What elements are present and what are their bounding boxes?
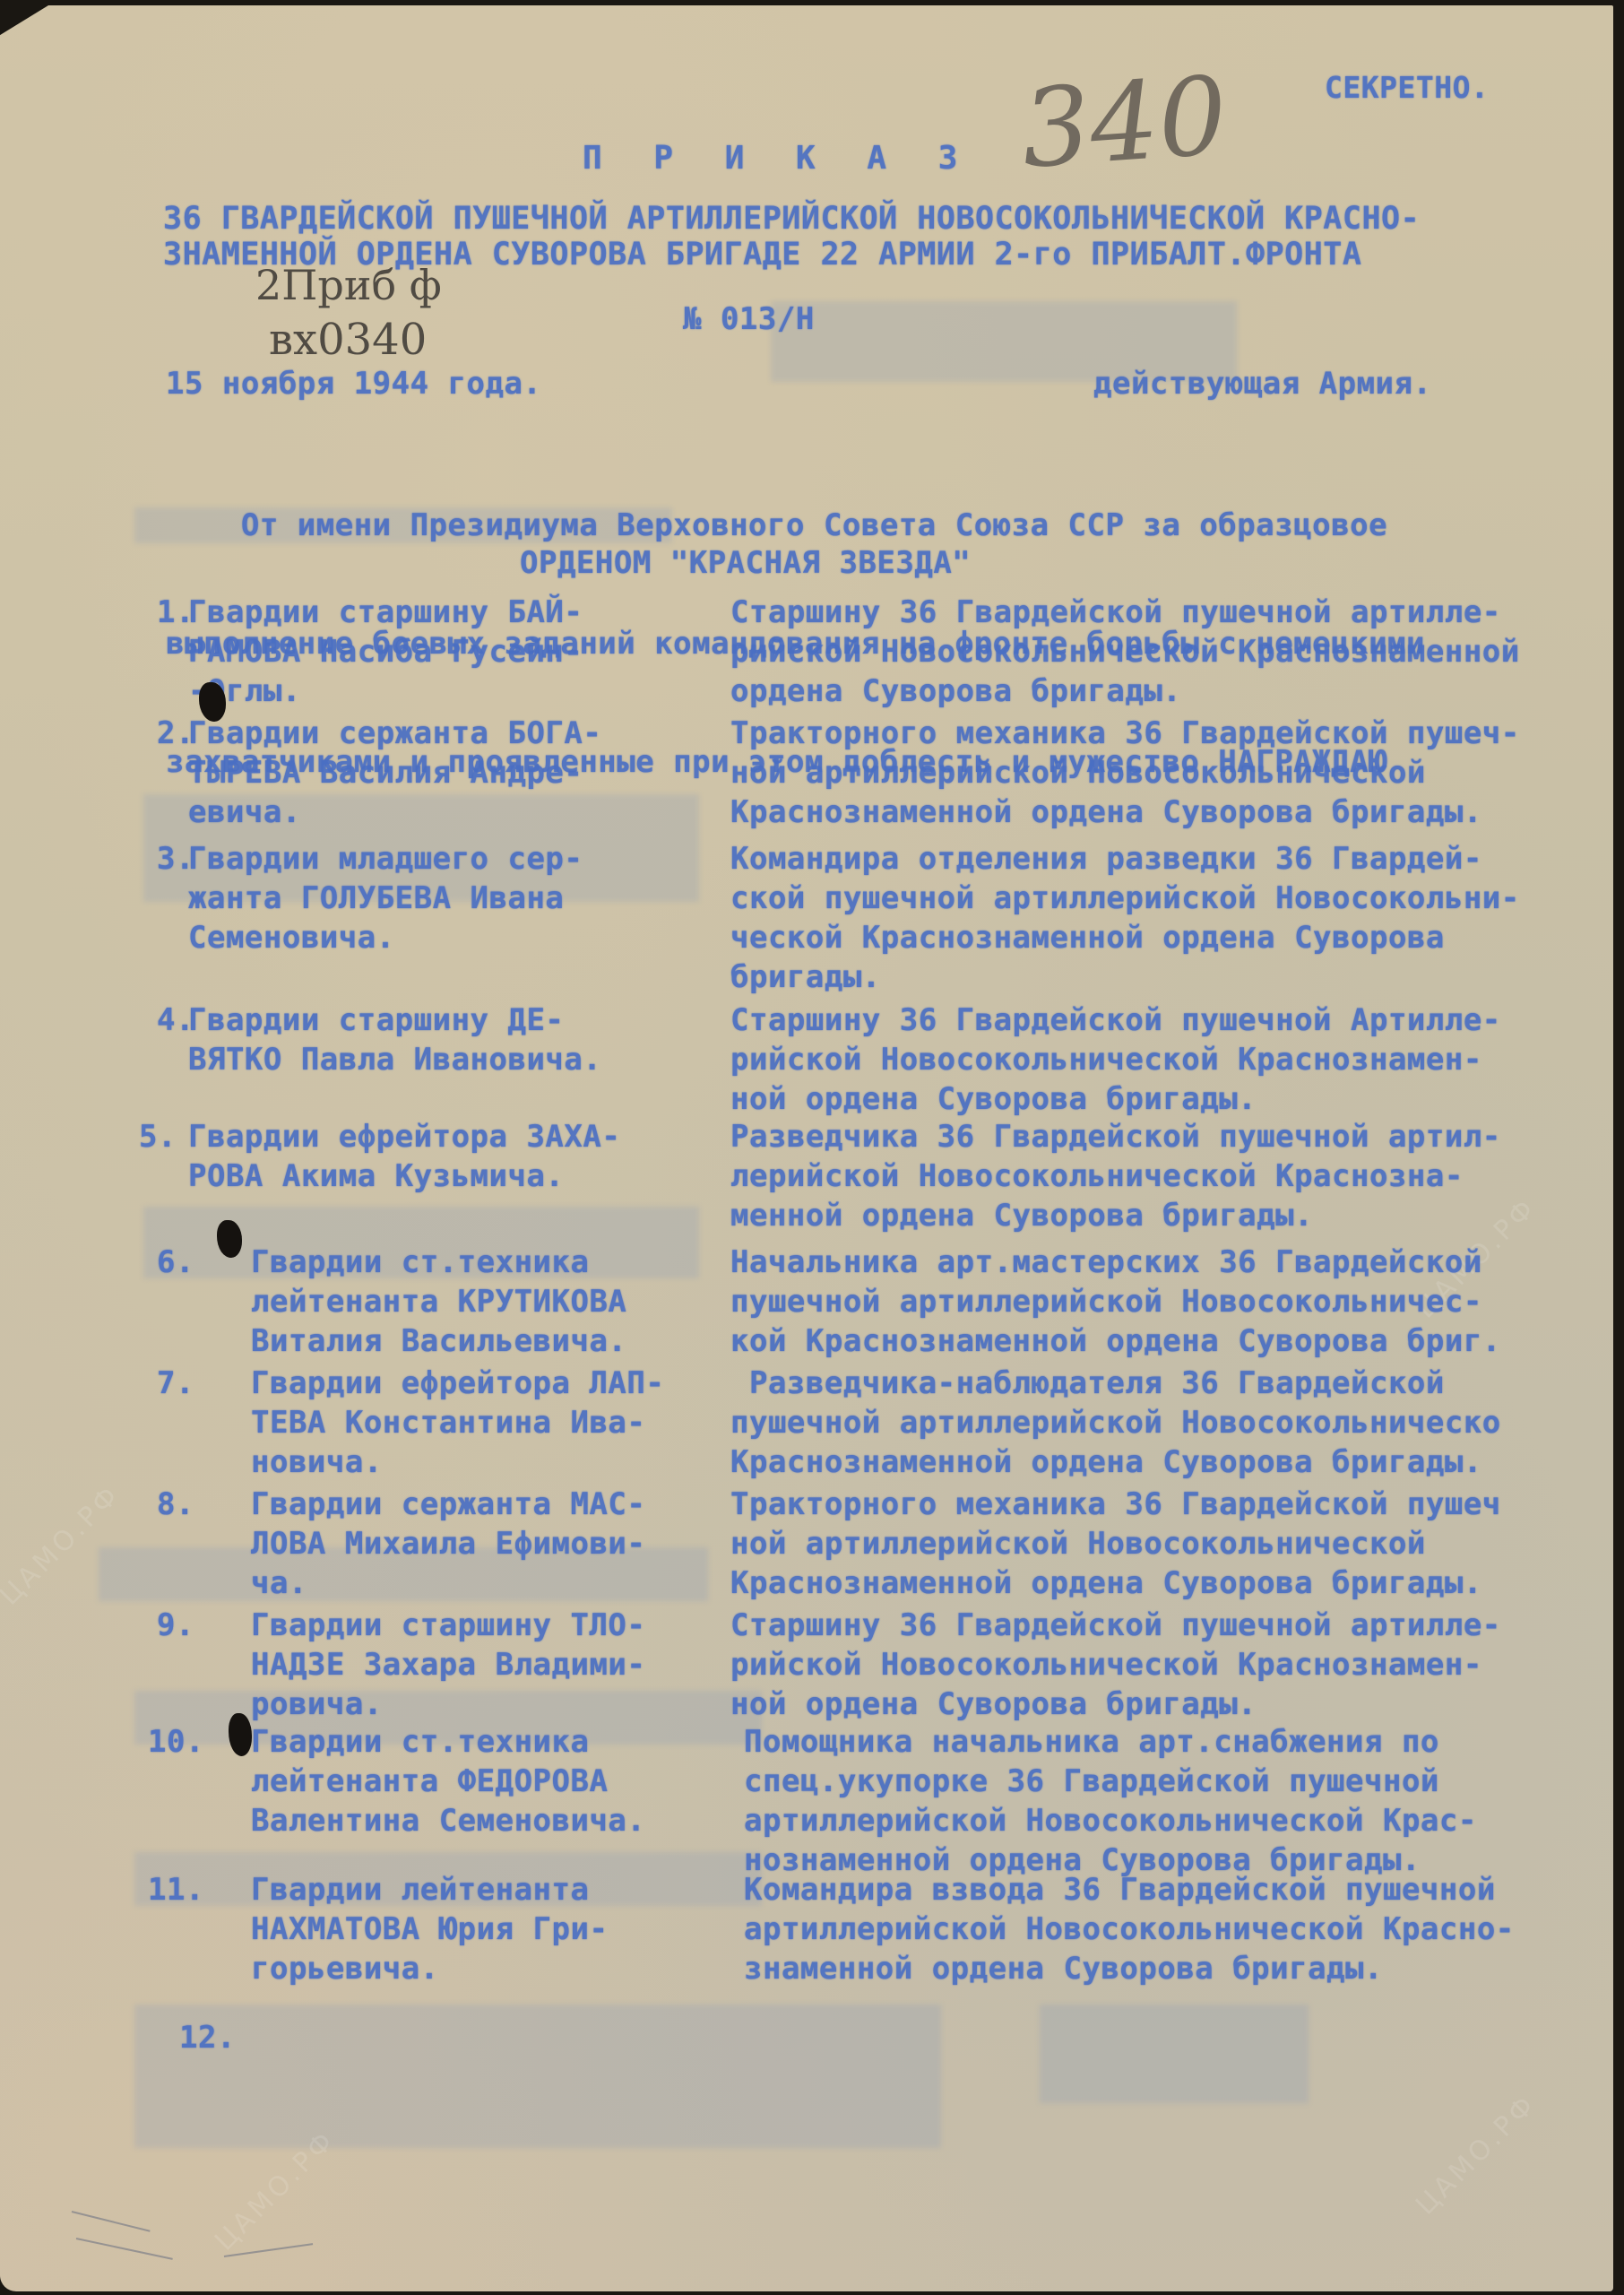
position-line: ской пушечной артиллерийской Новосокольн… <box>730 879 1520 918</box>
position-line: спец.укупорке 36 Гвардейской пушечной <box>744 1762 1477 1801</box>
position-line: Тракторного механика 36 Гвардейской пуше… <box>730 714 1520 753</box>
entry-number: 8. <box>157 1485 194 1524</box>
entry-position: Начальника арт.мастерских 36 Гвардейской… <box>730 1243 1501 1361</box>
entry-number: 10. <box>148 1722 204 1762</box>
recipient-line: горьевича. <box>251 1949 608 1988</box>
position-line: Краснознаменной ордена Суворова бригады. <box>730 1563 1501 1603</box>
position-line: менной ордена Суворова бригады. <box>730 1196 1501 1235</box>
entry-recipient: Гвардии сержанта МАС-ЛОВА Михаила Ефимов… <box>251 1485 645 1603</box>
entry-number: 6. <box>157 1243 194 1282</box>
position-line: Тракторного механика 36 Гвардейской пуше… <box>730 1485 1501 1524</box>
entry-position: Командира взвода 36 Гвардейской пушечной… <box>744 1870 1515 1988</box>
bleed-through <box>1040 2005 1309 2103</box>
position-line: Разведчика-наблюдателя 36 Гвардейской <box>730 1364 1501 1403</box>
recipient-line: НАДЗЕ Захара Владими- <box>251 1645 645 1684</box>
entry-position: Старшину 36 Гвардейской пушечной Артилле… <box>730 1000 1501 1119</box>
recipient-line: Валентина Семеновича. <box>251 1801 645 1840</box>
entry-recipient: Гвардии старшину ДЕ-ВЯТКО Павла Иванович… <box>188 1000 601 1079</box>
position-line: ной артиллерийской Новосокольнической <box>730 753 1520 792</box>
recipient-line: новича. <box>251 1442 664 1482</box>
recipient-line: Виталия Васильевича. <box>251 1321 626 1361</box>
position-line: Разведчика 36 Гвардейской пушечной артил… <box>730 1117 1501 1156</box>
award-title: ОРДЕНОМ "КРАСНАЯ ЗВЕЗДА" <box>520 543 971 583</box>
position-line: пушечной артиллерийской Новосокольничес- <box>730 1282 1501 1321</box>
classification-stamp: СЕКРЕТНО. <box>1325 70 1489 105</box>
preamble-line: От имени Президиума Верховного Совета Со… <box>166 506 1425 545</box>
position-line: Краснознаменной ордена Суворова бригады. <box>730 792 1520 832</box>
position-line: ной ордена Суворова бригады. <box>730 1684 1501 1724</box>
position-line: ческой Краснознаменной ордена Суворова <box>730 918 1520 957</box>
position-line: артиллерийской Новосокольнической Крас- <box>744 1801 1477 1840</box>
position-line: Старшину 36 Гвардейской пушечной артилле… <box>730 1606 1501 1645</box>
pencil-mark <box>76 2238 173 2260</box>
entry-position: Тракторного механика 36 Гвардейской пуше… <box>730 714 1520 832</box>
recipient-line: НАХМАТОВА Юрия Гри- <box>251 1910 608 1949</box>
recipient-line: Семеновича. <box>188 918 583 957</box>
pencil-mark <box>72 2211 151 2232</box>
entry-position: Старшину 36 Гвардейской пушечной артилле… <box>730 1606 1501 1724</box>
recipient-line: ТЫРЕВА Василия Андре- <box>188 753 601 792</box>
order-date: 15 ноября 1944 года. <box>166 364 541 403</box>
entry-recipient: Гвардии ефрейтора ЛАП-ТЕВА Константина И… <box>251 1364 664 1482</box>
position-line: ной артиллерийской Новосокольнической <box>730 1524 1501 1563</box>
recipient-line: Гвардии старшину БАЙ- <box>188 593 583 632</box>
position-line: Старшину 36 Гвардейской пушечной Артилле… <box>730 1000 1501 1040</box>
recipient-line: РОВА Акима Кузьмича. <box>188 1156 620 1196</box>
recipient-line: ча. <box>251 1563 645 1603</box>
recipient-line: лейтенанта КРУТИКОВА <box>251 1282 626 1321</box>
position-line: артиллерийской Новосокольнической Красно… <box>744 1910 1515 1949</box>
entry-recipient: Гвардии старшину БАЙ-РАМОВА Насиба Гусей… <box>188 593 583 711</box>
position-line: рийской Новосокольнической Краснознамен- <box>730 1645 1501 1684</box>
recipient-line: Гвардии ефрейтора ЗАХА- <box>188 1117 620 1156</box>
position-line: кой Краснознаменной ордена Суворова бриг… <box>730 1321 1501 1361</box>
entry-position: Разведчика 36 Гвардейской пушечной артил… <box>730 1117 1501 1235</box>
trailing-item-number: 12. <box>179 2018 236 2057</box>
order-place: действующая Армия. <box>1093 364 1431 403</box>
entry-recipient: Гвардии младшего сер-жанта ГОЛУБЕВА Иван… <box>188 839 583 957</box>
position-line: Старшину 36 Гвардейской пушечной артилле… <box>730 593 1520 632</box>
recipient-line: Гвардии старшину ТЛО- <box>251 1606 645 1645</box>
handwritten-registry-number: вх0340 <box>269 315 427 365</box>
recipient-line: лейтенанта ФЕДОРОВА <box>251 1762 645 1801</box>
position-line: Командира взвода 36 Гвардейской пушечной <box>744 1870 1515 1910</box>
entry-position: Командира отделения разведки 36 Гвардей-… <box>730 839 1520 997</box>
position-line: Краснознаменной ордена Суворова бригады. <box>730 1442 1501 1482</box>
position-line: рийской Новосокольнической Краснознаменн… <box>730 632 1520 671</box>
entry-recipient: Гвардии лейтенантаНАХМАТОВА Юрия Гри-гор… <box>251 1870 608 1988</box>
entry-number: 7. <box>157 1364 194 1403</box>
ink-blot <box>229 1713 252 1756</box>
recipient-line: Гвардии сержанта МАС- <box>251 1485 645 1524</box>
document-title: П Р И К А З <box>583 140 973 177</box>
recipient-line: Гвардии ст.техника <box>251 1722 645 1762</box>
position-line: бригады. <box>730 957 1520 997</box>
order-number: № 013/Н <box>683 301 815 337</box>
position-line: лерийской Новосокольнической Краснозна- <box>730 1156 1501 1196</box>
recipient-line: Гвардии старшину ДЕ- <box>188 1000 601 1040</box>
recipient-line: Гвардии ефрейтора ЛАП- <box>251 1364 664 1403</box>
entry-recipient: Гвардии ст.техникалейтенанта ФЕДОРОВАВал… <box>251 1722 645 1840</box>
recipient-line: ровича. <box>251 1684 645 1724</box>
entry-recipient: Гвардии ефрейтора ЗАХА-РОВА Акима Кузьми… <box>188 1117 620 1196</box>
recipient-line: жанта ГОЛУБЕВА Ивана <box>188 879 583 918</box>
entry-position: Старшину 36 Гвардейской пушечной артилле… <box>730 593 1520 711</box>
position-line: Начальника арт.мастерских 36 Гвардейской <box>730 1243 1501 1282</box>
position-line: знаменной ордена Суворова бригады. <box>744 1949 1515 1988</box>
entry-recipient: Гвардии старшину ТЛО-НАДЗЕ Захара Владим… <box>251 1606 645 1724</box>
position-line: пушечной артиллерийской Новосокольническ… <box>730 1403 1501 1442</box>
recipient-line: -Оглы. <box>188 671 583 711</box>
position-line: рийской Новосокольнической Краснознамен- <box>730 1040 1501 1079</box>
position-line: Помощника начальника арт.снабжения по <box>744 1722 1477 1762</box>
document-page: ЦАМО.РФ ЦАМО.РФ ЦАМО.РФ ЦАМО.РФ СЕКРЕТНО… <box>0 5 1613 2291</box>
ink-blot <box>217 1220 242 1258</box>
position-line: Командира отделения разведки 36 Гвардей- <box>730 839 1520 879</box>
position-line: ордена Суворова бригады. <box>730 671 1520 711</box>
handwritten-front-note: 2Приб ф <box>255 261 442 309</box>
entry-recipient: Гвардии ст.техникалейтенанта КРУТИКОВАВи… <box>251 1243 626 1361</box>
position-line: ной ордена Суворова бригады. <box>730 1079 1501 1119</box>
recipient-line: ТЕВА Константина Ива- <box>251 1403 664 1442</box>
entry-position: Тракторного механика 36 Гвардейской пуше… <box>730 1485 1501 1603</box>
recipient-line: ЛОВА Михаила Ефимови- <box>251 1524 645 1563</box>
recipient-line: Гвардии лейтенанта <box>251 1870 608 1910</box>
entry-number: 5. <box>139 1117 177 1156</box>
entry-number: 9. <box>157 1606 194 1645</box>
entry-position: Разведчика-наблюдателя 36 Гвардейскойпуш… <box>730 1364 1501 1482</box>
recipient-line: РАМОВА Насиба Гусейн- <box>188 632 583 671</box>
watermark: ЦАМО.РФ <box>1410 2088 1542 2221</box>
bleed-through <box>134 2005 941 2148</box>
handwritten-page-number: 340 <box>1017 54 1231 193</box>
recipient-line: евича. <box>188 792 601 832</box>
recipient-line: Гвардии младшего сер- <box>188 839 583 879</box>
entry-position: Помощника начальника арт.снабжения поспе… <box>744 1722 1477 1880</box>
entry-recipient: Гвардии сержанта БОГА-ТЫРЕВА Василия Анд… <box>188 714 601 832</box>
recipient-line: ВЯТКО Павла Ивановича. <box>188 1040 601 1079</box>
recipient-line: Гвардии сержанта БОГА- <box>188 714 601 753</box>
entry-number: 11. <box>148 1870 204 1910</box>
recipient-line: Гвардии ст.техника <box>251 1243 626 1282</box>
